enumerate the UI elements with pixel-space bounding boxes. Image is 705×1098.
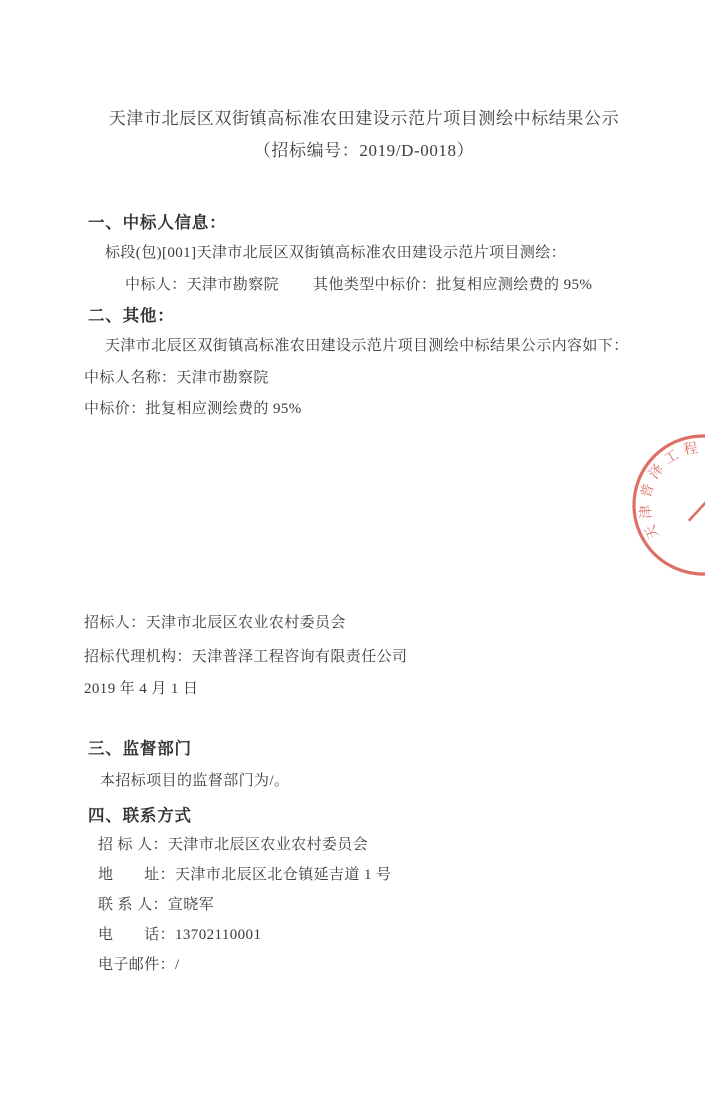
supervision-body: 本招标项目的监督部门为/。 <box>100 772 289 792</box>
svg-text:天津普泽工程咨询有限责任公司: 天津普泽工程咨询有限责任公司 <box>618 420 705 590</box>
section-supervision-heading: 三、监督部门 <box>88 738 192 759</box>
contact-person: 联 系 人：宣晓军 <box>98 896 214 916</box>
winner-name-line: 中标人名称：天津市勘察院 <box>84 369 269 389</box>
winner-price-row: 中标人：天津市勘察院 其他类型中标价：批复相应测绘费的 95% <box>125 276 592 296</box>
winning-price-line: 中标价：批复相应测绘费的 95% <box>84 400 302 420</box>
agency-line: 招标代理机构：天津普泽工程咨询有限责任公司 <box>84 648 407 668</box>
section-contact-heading: 四、联系方式 <box>88 805 192 826</box>
seal-ring <box>618 420 705 590</box>
tenderer-line: 招标人：天津市北辰区农业农村委员会 <box>84 614 346 634</box>
date-line: 2019 年 4 月 1 日 <box>84 680 198 700</box>
document-title: 天津市北辰区双街镇高标准农田建设示范片项目测绘中标结果公示 <box>84 108 644 130</box>
winner-name: 中标人：天津市勘察院 <box>125 276 279 296</box>
seal-ring-text: 天津普泽工程咨询有限责任公司 <box>618 420 705 590</box>
company-seal-stamp: 天津普泽工程咨询有限责任公司 <box>618 420 705 590</box>
contact-phone: 电 话：13702110001 <box>98 926 261 946</box>
other-intro: 天津市北辰区双街镇高标准农田建设示范片项目测绘中标结果公示内容如下： <box>105 337 629 357</box>
lot-line: 标段(包)[001]天津市北辰区双街镇高标准农田建设示范片项目测绘： <box>105 244 566 264</box>
document-page: 天津市北辰区双街镇高标准农田建设示范片项目测绘中标结果公示 （招标编号：2019… <box>0 0 705 1098</box>
seal-center-mark <box>685 487 705 521</box>
other-type-price: 其他类型中标价：批复相应测绘费的 95% <box>313 276 592 296</box>
tender-number: （招标编号：2019/D-0018） <box>84 140 644 162</box>
section-winner-info-heading: 一、中标人信息： <box>88 212 226 233</box>
contact-email: 电子邮件：/ <box>98 956 180 976</box>
contact-address: 地 址：天津市北辰区北仓镇延吉道 1 号 <box>98 866 391 886</box>
section-other-heading: 二、其他： <box>88 305 175 326</box>
contact-tenderer: 招 标 人：天津市北辰区农业农村委员会 <box>98 836 368 856</box>
